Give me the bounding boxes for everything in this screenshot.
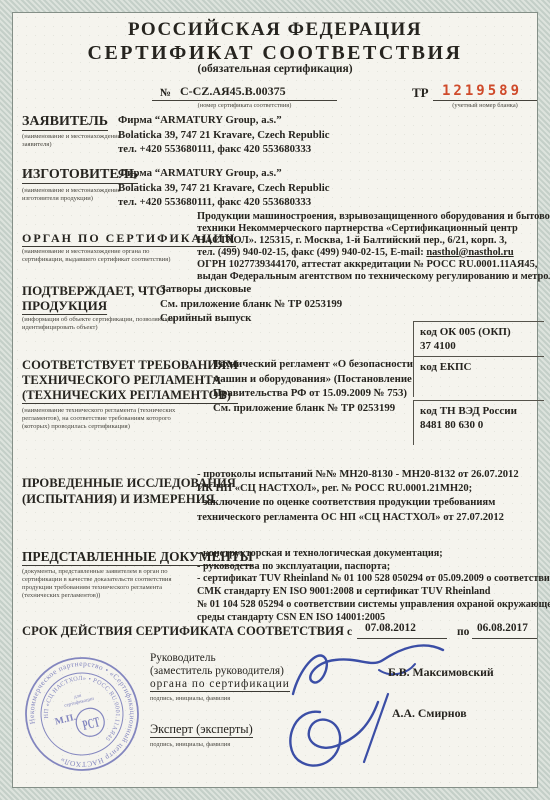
- head-name: Б.В. Максимовский: [388, 665, 494, 680]
- expert-signature-caption: подпись, инициалы, фамилия: [150, 741, 230, 748]
- product-name: Затворы дисковые: [160, 282, 342, 297]
- validity-from-date: 07.08.2012: [365, 622, 416, 634]
- manufacturer-name: Фирма “ARMATURY Group, a.s.”: [118, 166, 330, 181]
- requirements-label-line: (ТЕХНИЧЕСКИХ РЕГЛАМЕНТОВ): [22, 388, 238, 404]
- okp-code-value: 37 4100: [420, 340, 544, 352]
- documents-line: № 01 104 528 05294 о соответствии систем…: [197, 599, 550, 612]
- cert-body-line: выдан Федеральным агентством по техничес…: [197, 271, 550, 283]
- tnved-code-label: код ТН ВЭД России: [420, 405, 544, 417]
- documents-line: - руководства по эксплуатации, паспорта;: [197, 561, 550, 574]
- ekps-code-box: код ЕКПС: [413, 356, 544, 397]
- applicant-phone: тел. +420 553680111, факс 420 553680333: [118, 142, 330, 157]
- ekps-code-label: код ЕКПС: [420, 361, 544, 373]
- research-line: - протоколы испытаний №№ МН20-8130 - МН2…: [197, 468, 519, 482]
- validity-to-date: 06.08.2017: [477, 622, 528, 634]
- expert-signature-ink: [278, 684, 412, 776]
- cert-body-email: nasthol@nasthol.ru: [426, 247, 513, 258]
- okp-code-label: код ОК 005 (ОКП): [420, 326, 544, 338]
- seal-outer-text: Некоммерческое партнерство • «Сертификац…: [15, 647, 148, 780]
- manufacturer-phone: тел. +420 553680111, факс 420 553680333: [118, 195, 330, 210]
- certificate-number-caption: (номер сертификата соответствия): [152, 102, 337, 109]
- head-label-line: Руководитель: [150, 652, 290, 665]
- requirements-label-line: СООТВЕТСТВУЕТ ТРЕБОВАНИЯМ: [22, 358, 238, 373]
- blank-number-underline: [433, 99, 537, 101]
- requirements-line: Правительства РФ от 15.09.2009 № 753): [213, 386, 413, 401]
- certification-type-subtitle: (обязательная сертификация): [0, 63, 550, 75]
- product-label-line2: ПРОДУКЦИЯ: [22, 298, 107, 315]
- requirements-label-line: ТЕХНИЧЕСКОГО РЕГЛАМЕНТА: [22, 373, 238, 388]
- applicant-label: ЗАЯВИТЕЛЬ: [22, 114, 108, 131]
- product-note: (информация об объекте сертификации, поз…: [22, 316, 174, 332]
- documents-note: (документы, представленные заявителем в …: [22, 568, 190, 600]
- number-sign: №: [160, 87, 171, 99]
- requirements-line: Технический регламент «О безопасности: [213, 357, 413, 372]
- applicant-name: Фирма “ARMATURY Group, a.s.”: [118, 113, 330, 128]
- page-title: СЕРТИФИКАТ СООТВЕТСТВИЯ: [0, 42, 550, 65]
- research-line: ИК НП «СЦ НАСТХОЛ», рег. № РОСС RU.0001.…: [197, 482, 519, 496]
- documents-line: СМК стандарту EN ISO 9001:2008 и сертифи…: [197, 586, 550, 599]
- cert-body-note: (наименование и местонахождение органа п…: [22, 248, 190, 264]
- seal-rst-logo: РСТ: [81, 715, 102, 734]
- applicant-address: Bolaticka 39, 747 21 Kravare, Czech Repu…: [118, 128, 330, 143]
- certificate-number: C-CZ.АЯ45.B.00375: [180, 84, 286, 99]
- seal-mp-mark: М.П.: [54, 713, 77, 728]
- blank-number: 1219589: [442, 83, 522, 99]
- research-line: - заключение по оценке соответствия прод…: [197, 496, 519, 510]
- requirements-note: (наименование технического регламента (т…: [22, 407, 200, 431]
- product-type: Серийный выпуск: [160, 311, 342, 326]
- requirements-line: См. приложение бланк № ТР 0253199: [213, 401, 413, 416]
- okp-code-box: код ОК 005 (ОКП) 37 4100: [413, 321, 544, 356]
- documents-line: - сертификат TUV Rheinland № 01 100 528 …: [197, 573, 550, 586]
- svg-text:Некоммерческое партнерство •: Некоммерческое партнерство • «Сертификац…: [15, 647, 148, 780]
- cert-body-line: Продукции машиностроения, взрывозащищенн…: [197, 211, 550, 223]
- validity-to-label: по: [457, 626, 469, 638]
- tnved-code-box: код ТН ВЭД России 8481 80 630 0: [413, 400, 544, 445]
- tr-label: ТР: [412, 85, 429, 101]
- product-annex: См. приложение бланк № ТР 0253199: [160, 297, 342, 312]
- tnved-code-value: 8481 80 630 0: [420, 419, 544, 431]
- blank-number-caption: (учетный номер бланка): [433, 102, 537, 109]
- cert-body-line: техники Некоммерческого партнерства «Сер…: [197, 223, 550, 235]
- cert-body-line: ОГРН 1027739344170, аттестат аккредитаци…: [197, 259, 550, 271]
- research-line: технического регламента ОС НП «СЦ НАСТХО…: [197, 511, 519, 525]
- cert-body-line: тел. (499) 940-02-15, факс (499) 940-02-…: [197, 247, 550, 259]
- cert-body-line: НАСТХОЛ». 125315, г. Москва, 1-й Балтийс…: [197, 235, 550, 247]
- manufacturer-address: Bolaticka 39, 747 21 Kravare, Czech Repu…: [118, 181, 330, 196]
- head-signature-caption: подпись, инициалы, фамилия: [150, 695, 230, 702]
- country-title: РОССИЙСКАЯ ФЕДЕРАЦИЯ: [0, 19, 550, 41]
- expert-name: А.А. Смирнов: [392, 706, 467, 721]
- documents-line: - конструкторская и технологическая доку…: [197, 548, 550, 561]
- certificate-page: РОССИЙСКАЯ ФЕДЕРАЦИЯ СЕРТИФИКАТ СООТВЕТС…: [0, 0, 550, 800]
- product-label-line1: ПОДТВЕРЖДАЕТ, ЧТО: [22, 283, 166, 299]
- expert-label: Эксперт (эксперты): [150, 722, 253, 738]
- head-label-line: органа по сертификации: [150, 678, 290, 692]
- validity-to-underline: [472, 637, 537, 639]
- requirements-line: машин и оборудования» (Постановление: [213, 372, 413, 387]
- certificate-number-underline: [152, 99, 337, 101]
- head-label-line: (заместитель руководителя): [150, 665, 290, 678]
